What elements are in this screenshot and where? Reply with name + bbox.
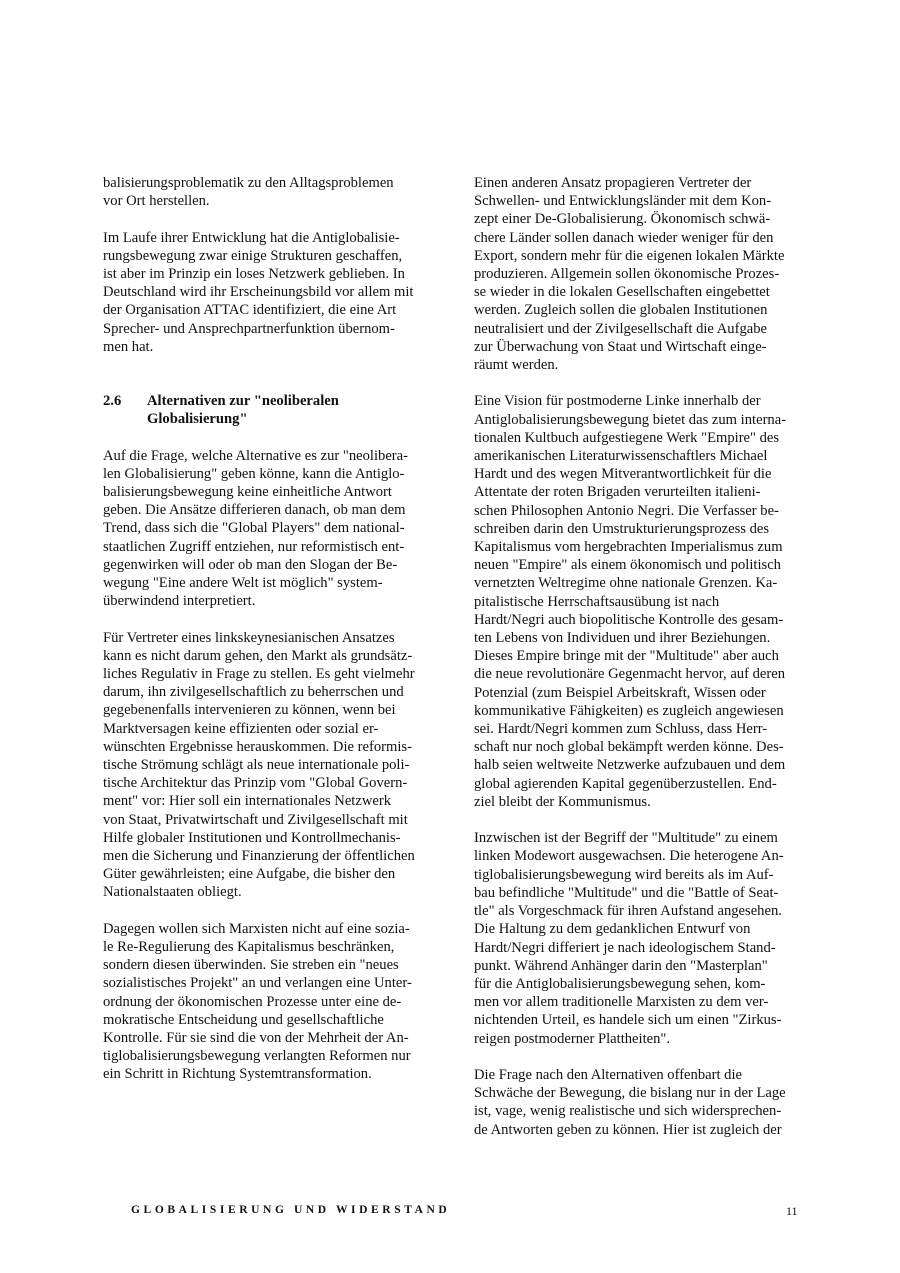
paragraph: Im Laufe ihrer Entwicklung hat die Antig… <box>103 229 448 356</box>
text-line: amerikanischen Literaturwissenschaftlers… <box>474 447 819 465</box>
text-line: ten Lebens von Individuen und ihrer Bezi… <box>474 629 819 647</box>
text-line: Hardt/Negri auch biopolitische Kontrolle… <box>474 611 819 629</box>
text-line: chere Länder sollen danach wieder wenige… <box>474 229 819 247</box>
text-line: de Antworten geben zu können. Hier ist z… <box>474 1121 819 1139</box>
text-line: Deutschland wird ihr Erscheinungsbild vo… <box>103 283 448 301</box>
text-line: ein Schritt in Richtung Systemtransforma… <box>103 1065 448 1083</box>
text-line: schaft nur noch global bekämpft werden k… <box>474 738 819 756</box>
text-line: tiglobalisierungsbewegung verlangten Ref… <box>103 1047 448 1065</box>
text-line: rungsbewegung zwar einige Strukturen ges… <box>103 247 448 265</box>
text-line: Güter gewährleisten; eine Aufgabe, die b… <box>103 865 448 883</box>
text-line: ist aber im Prinzip ein loses Netzwerk g… <box>103 265 448 283</box>
text-line: gegenwirken will oder ob man den Slogan … <box>103 556 448 574</box>
text-line: Attentate der roten Brigaden verurteilte… <box>474 483 819 501</box>
text-line: sondern diesen überwinden. Sie streben e… <box>103 956 448 974</box>
running-footer-title: GLOBALISIERUNG UND WIDERSTAND <box>131 1204 450 1216</box>
text-line: produzieren. Allgemein sollen ökonomisch… <box>474 265 819 283</box>
section-title: Alternativen zur "neoliberalen Globalisi… <box>147 392 339 428</box>
text-line: pitalistische Herrschaftsausübung ist na… <box>474 593 819 611</box>
text-line: Die Haltung zu dem gedanklichen Entwurf … <box>474 920 819 938</box>
text-line: wegung "Eine andere Welt ist möglich" sy… <box>103 574 448 592</box>
text-line: von Staat, Privatwirtschaft und Zivilges… <box>103 811 448 829</box>
text-line: tische Strömung schlägt als neue interna… <box>103 756 448 774</box>
text-line: schen Philosophen Antonio Negri. Die Ver… <box>474 502 819 520</box>
text-line: neutralisiert und der Zivilgesellschaft … <box>474 320 819 338</box>
text-line: neuen "Empire" als einem ökonomisch und … <box>474 556 819 574</box>
text-line: halb seien weltweite Netzwerke aufzubaue… <box>474 756 819 774</box>
text-line: men vor allem traditionelle Marxisten zu… <box>474 993 819 1011</box>
text-line: werden. Zugleich sollen die globalen Ins… <box>474 301 819 319</box>
text-line: tiglobalisierungsbewegung wird bereits a… <box>474 866 819 884</box>
text-line: bau befindliche "Multitude" und die "Bat… <box>474 884 819 902</box>
text-line: vor Ort herstellen. <box>103 192 448 210</box>
section-number: 2.6 <box>103 392 147 428</box>
text-line: geben. Die Ansätze differieren danach, o… <box>103 501 448 519</box>
text-line: Potenzial (zum Beispiel Arbeitskraft, Wi… <box>474 684 819 702</box>
text-line: für die Antiglobalisierungsbewegung sehe… <box>474 975 819 993</box>
text-line: Für Vertreter eines linkskeynesianischen… <box>103 629 448 647</box>
text-line: gegebenenfalls intervenieren zu können, … <box>103 701 448 719</box>
text-line: mokratische Entscheidung und gesellschaf… <box>103 1011 448 1029</box>
text-line: überwindend interpretiert. <box>103 592 448 610</box>
text-line: men hat. <box>103 338 448 356</box>
text-line: nichtenden Urteil, es handele sich um ei… <box>474 1011 819 1029</box>
text-line: staatlichen Zugriff entziehen, nur refor… <box>103 538 448 556</box>
text-line: Antiglobalisierungsbewegung bietet das z… <box>474 411 819 429</box>
text-line: tionalen Kultbuch aufgestiegene Werk "Em… <box>474 429 819 447</box>
text-line: zur Überwachung von Staat und Wirtschaft… <box>474 338 819 356</box>
text-line: der Organisation ATTAC identifiziert, di… <box>103 301 448 319</box>
text-line: ziel bleibt der Kommunismus. <box>474 793 819 811</box>
text-line: tle" als Vorgeschmack für ihren Aufstand… <box>474 902 819 920</box>
text-line: kommunikative Fähigkeiten) es zugleich a… <box>474 702 819 720</box>
text-line: ist, vage, wenig realistische und sich w… <box>474 1102 819 1120</box>
text-line: Einen anderen Ansatz propagieren Vertret… <box>474 174 819 192</box>
text-line: Export, sondern mehr für die eigenen lok… <box>474 247 819 265</box>
text-line: Hardt/Negri differiert je nach ideologis… <box>474 939 819 957</box>
section-heading: 2.6 Alternativen zur "neoliberalen Globa… <box>103 392 448 428</box>
text-line: Marktversagen keine effizienten oder soz… <box>103 720 448 738</box>
page-number: 11 <box>786 1204 798 1219</box>
paragraph: Die Frage nach den Alternativen offenbar… <box>474 1066 819 1139</box>
paragraph: balisierungsproblematik zu den Alltagspr… <box>103 174 448 210</box>
paragraph: Einen anderen Ansatz propagieren Vertret… <box>474 174 819 374</box>
text-line: Kontrolle. Für sie sind die von der Mehr… <box>103 1029 448 1047</box>
text-line: global agierenden Kapital gegenüberzuste… <box>474 775 819 793</box>
text-line: tische Architektur das Prinzip vom "Glob… <box>103 774 448 792</box>
text-line: Schwäche der Bewegung, die bislang nur i… <box>474 1084 819 1102</box>
text-line: len Globalisierung" geben könne, kann di… <box>103 465 448 483</box>
paragraph: Für Vertreter eines linkskeynesianischen… <box>103 629 448 902</box>
text-line: wünschten Ergebnisse herauskommen. Die r… <box>103 738 448 756</box>
text-line: balisierungsproblematik zu den Alltagspr… <box>103 174 448 192</box>
document-page: balisierungsproblematik zu den Alltagspr… <box>0 0 900 1273</box>
text-line: Dagegen wollen sich Marxisten nicht auf … <box>103 920 448 938</box>
paragraph: Eine Vision für postmoderne Linke innerh… <box>474 392 819 811</box>
text-line: vernetzten Weltregime ohne nationale Gre… <box>474 574 819 592</box>
text-line: men die Sicherung und Finanzierung der ö… <box>103 847 448 865</box>
text-line: sei. Hardt/Negri kommen zum Schluss, das… <box>474 720 819 738</box>
text-line: Inzwischen ist der Begriff der "Multitud… <box>474 829 819 847</box>
text-line: ment" vor: Hier soll ein internationales… <box>103 792 448 810</box>
text-line: reigen postmoderner Plattheiten". <box>474 1030 819 1048</box>
text-line: Dieses Empire bringe mit der "Multitude"… <box>474 647 819 665</box>
text-line: Schwellen- und Entwicklungsländer mit de… <box>474 192 819 210</box>
text-line: zept einer De-Globalisierung. Ökonomisch… <box>474 210 819 228</box>
text-line: räumt werden. <box>474 356 819 374</box>
text-line: Im Laufe ihrer Entwicklung hat die Antig… <box>103 229 448 247</box>
text-line: Kapitalismus vom hergebrachten Imperiali… <box>474 538 819 556</box>
left-column: balisierungsproblematik zu den Alltagspr… <box>103 174 448 1102</box>
text-line: kann es nicht darum gehen, den Markt als… <box>103 647 448 665</box>
text-line: darum, ihn zivilgesellschaftlich zu behe… <box>103 683 448 701</box>
text-line: linken Modewort ausgewachsen. Die hetero… <box>474 847 819 865</box>
paragraph: Inzwischen ist der Begriff der "Multitud… <box>474 829 819 1047</box>
text-line: Auf die Frage, welche Alternative es zur… <box>103 447 448 465</box>
text-line: punkt. Während Anhänger darin den "Maste… <box>474 957 819 975</box>
text-line: balisierungsbewegung keine einheitliche … <box>103 483 448 501</box>
right-column: Einen anderen Ansatz propagieren Vertret… <box>474 174 819 1157</box>
text-line: die neue revolutionäre Gegenmacht hervor… <box>474 665 819 683</box>
text-line: Nationalstaaten obliegt. <box>103 883 448 901</box>
paragraph: Auf die Frage, welche Alternative es zur… <box>103 447 448 611</box>
text-line: sozialistisches Projekt" an und verlange… <box>103 974 448 992</box>
text-line: le Re-Regulierung des Kapitalismus besch… <box>103 938 448 956</box>
text-line: Die Frage nach den Alternativen offenbar… <box>474 1066 819 1084</box>
text-line: ordnung der ökonomischen Prozesse unter … <box>103 993 448 1011</box>
text-line: Sprecher- und Ansprechpartnerfunktion üb… <box>103 320 448 338</box>
text-line: se wieder in die lokalen Gesellschaften … <box>474 283 819 301</box>
text-line: schreiben darin den Umstrukturierungspro… <box>474 520 819 538</box>
text-line: Hilfe globaler Institutionen und Kontrol… <box>103 829 448 847</box>
text-line: Hardt und des wegen Mitverantwortlichkei… <box>474 465 819 483</box>
paragraph: Dagegen wollen sich Marxisten nicht auf … <box>103 920 448 1084</box>
text-line: liches Regulativ in Frage zu stellen. Es… <box>103 665 448 683</box>
text-line: Trend, dass sich die "Global Players" de… <box>103 519 448 537</box>
text-line: Eine Vision für postmoderne Linke innerh… <box>474 392 819 410</box>
